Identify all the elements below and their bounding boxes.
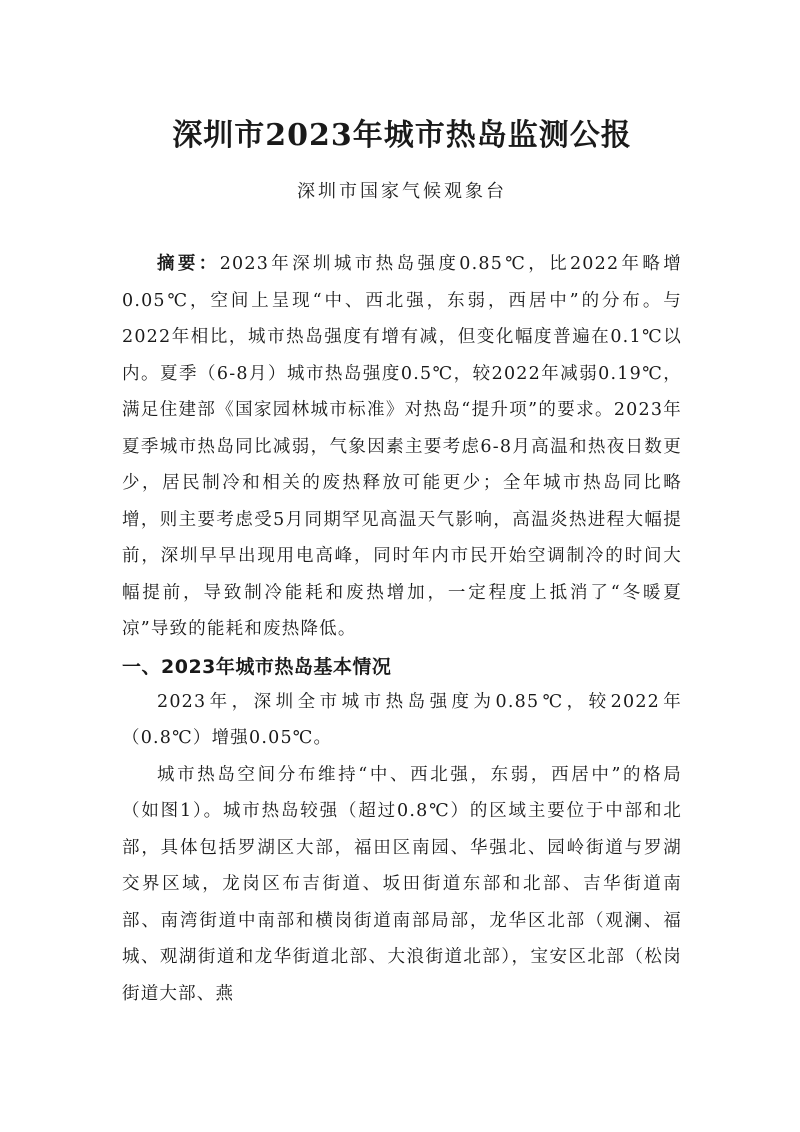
abstract-text: 2023年深圳城市热岛强度0.85℃，比2022年略增0.05℃，空间上呈现“中… [122,254,682,639]
abstract-paragraph: 摘要：2023年深圳城市热岛强度0.85℃，比2022年略增0.05℃，空间上呈… [122,246,682,648]
document-issuer: 深圳市国家气候观象台 [122,177,682,203]
document-title: 深圳市2023年城市热岛监测公报 [122,110,682,154]
abstract-label: 摘要： [157,254,220,274]
section-paragraph: 2023年，深圳全市城市热岛强度为0.85℃，较2022年（0.8℃）增强0.0… [122,684,682,757]
section-paragraph: 城市热岛空间分布维持“中、西北强，东弱，西居中”的格局（如图1）。城市热岛较强（… [122,757,682,1013]
document-body: 摘要：2023年深圳城市热岛强度0.85℃，比2022年略增0.05℃，空间上呈… [122,246,682,1012]
section-heading: 一、2023年城市热岛基本情况 [122,650,682,684]
